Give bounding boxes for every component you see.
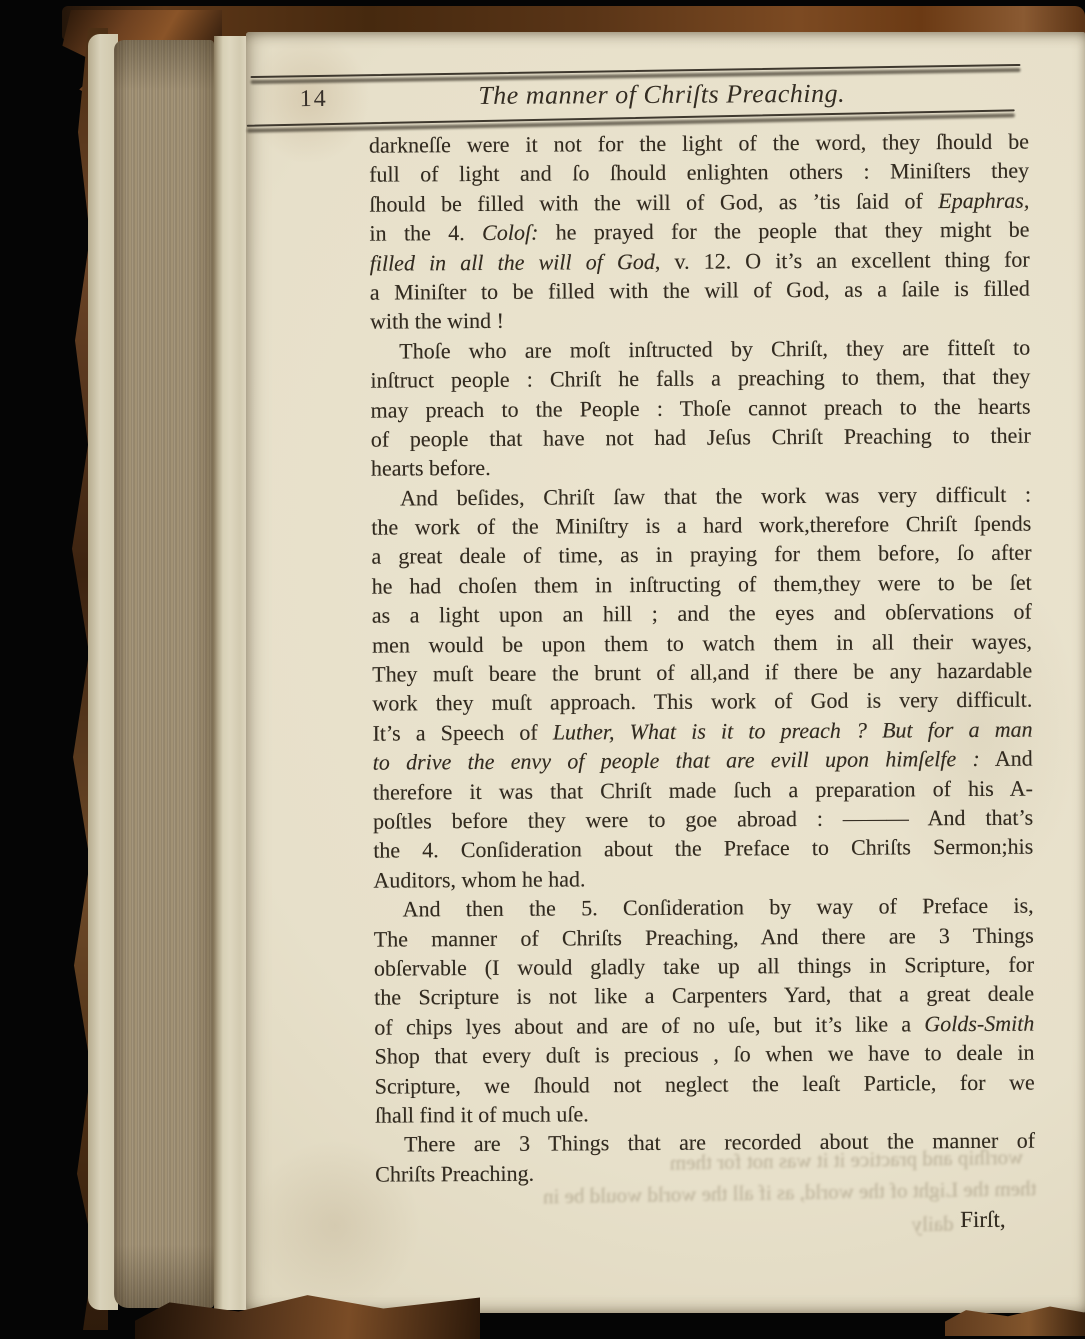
body-line: Scripture, we ſhould not neglect the lea… bbox=[375, 1067, 1035, 1100]
body-text: And bbox=[980, 746, 1033, 771]
body-line: a Miniſter to be filled with the will of… bbox=[370, 274, 1030, 307]
body-line: The manner of Chriſts Preaching, And the… bbox=[374, 920, 1034, 953]
body-text: he prayed for the people that they might… bbox=[538, 217, 1029, 245]
body-text-italic: Epaphras, bbox=[938, 187, 1029, 213]
body-line: Thoſe who are moſt inſtructed by Chriſt,… bbox=[370, 332, 1030, 365]
body-line: he had choſen them in inſtructing of the… bbox=[372, 567, 1032, 600]
body-text: the work of the Miniſtry is a hard work,… bbox=[371, 511, 1031, 540]
body-line: the Scripture is not like a Carpenters Y… bbox=[374, 979, 1034, 1012]
body-text: the Scripture is not like a Carpenters Y… bbox=[374, 981, 1034, 1010]
body-text: men would be upon them to watch them in … bbox=[372, 628, 1032, 657]
body-text: full of light and ſo ſhould enlighten ot… bbox=[369, 158, 1029, 187]
body-line: of people that have not had Jeſus Chriſt… bbox=[371, 421, 1031, 454]
body-text: in the 4. bbox=[369, 220, 482, 246]
body-text: he had choſen them in inſtructing of the… bbox=[372, 569, 1032, 598]
body-text: as a light upon an hill ; and the eyes a… bbox=[372, 599, 1032, 628]
body-line: men would be upon them to watch them in … bbox=[372, 626, 1032, 659]
body-line: may preach to the People : Thoſe cannot … bbox=[370, 391, 1030, 424]
body-line: Chriſts Preaching. bbox=[375, 1155, 1035, 1188]
body-text: Scripture, we ſhould not neglect the lea… bbox=[375, 1069, 1035, 1098]
body-text-italic: filled in all the will of God bbox=[370, 248, 655, 275]
body-text: inſtruct people : Chriſt he falls a prea… bbox=[370, 364, 1030, 393]
printed-content: 14 The manner of Chriſts Preaching. worſ… bbox=[0, 0, 1085, 1339]
running-title: The manner of Chriſts Preaching. bbox=[427, 78, 897, 111]
body-text: darkneſſe were it not for the light of t… bbox=[369, 129, 1029, 158]
body-line: filled in all the will of God, v. 12. O … bbox=[370, 244, 1030, 277]
body-line: with the wind ! bbox=[370, 303, 1030, 336]
body-text-italic: to drive the envy of people that are evi… bbox=[373, 746, 980, 775]
body-line: inſtruct people : Chriſt he falls a prea… bbox=[370, 362, 1030, 395]
body-text: Auditors, whom he had. bbox=[373, 866, 585, 892]
body-text: , v. 12. O it’s an excellent thing for bbox=[655, 246, 1030, 273]
text-block: darkneſſe were it not for the light of t… bbox=[369, 127, 1035, 1189]
body-text: hearts before. bbox=[371, 455, 491, 481]
body-text: They muſt beare the brunt of all,and if … bbox=[372, 658, 1032, 687]
catchword: Firſt, bbox=[375, 1207, 1005, 1237]
body-line: the 4. Conſideration about the Preface t… bbox=[373, 832, 1033, 865]
body-text: Shop that every duſt is precious , ſo wh… bbox=[374, 1040, 1034, 1069]
body-line: Auditors, whom he had. bbox=[373, 861, 1033, 894]
body-line: to drive the envy of people that are evi… bbox=[373, 744, 1033, 777]
body-line: ſhall find it of much uſe. bbox=[375, 1096, 1035, 1129]
photo-background: 14 The manner of Chriſts Preaching. worſ… bbox=[0, 0, 1085, 1339]
body-line: therefore it was that Chriſt made ſuch a… bbox=[373, 773, 1033, 806]
body-text: a Miniſter to be filled with the will of… bbox=[370, 276, 1030, 305]
body-line: full of light and ſo ſhould enlighten ot… bbox=[369, 156, 1029, 189]
body-line: Shop that every duſt is precious , ſo wh… bbox=[374, 1038, 1034, 1071]
body-line: It’s a Speech of Luther, What is it to p… bbox=[372, 714, 1032, 747]
body-line: darkneſſe were it not for the light of t… bbox=[369, 127, 1029, 160]
body-text: Chriſts Preaching. bbox=[375, 1160, 534, 1186]
page-number: 14 bbox=[300, 86, 328, 113]
body-line: And then the 5. Conſideration by way of … bbox=[374, 891, 1034, 924]
body-text: work they muſt approach. This work of Go… bbox=[372, 687, 1032, 716]
body-text: And then the 5. Conſideration by way of … bbox=[403, 893, 1034, 922]
body-text: ſhall find it of much uſe. bbox=[375, 1101, 589, 1127]
body-text: poſtles before they were to goe abroad :… bbox=[373, 805, 1033, 834]
body-text: of people that have not had Jeſus Chriſt… bbox=[371, 423, 1031, 452]
body-line: of chips lyes about and are of no uſe, b… bbox=[374, 1008, 1034, 1041]
body-text: Thoſe who are moſt inſtructed by Chriſt,… bbox=[399, 334, 1030, 363]
body-text: obſervable (I would gladly take up all t… bbox=[374, 952, 1034, 981]
body-text: the 4. Conſideration about the Preface t… bbox=[373, 834, 1033, 863]
body-text: The manner of Chriſts Preaching, And the… bbox=[374, 922, 1034, 951]
body-line: hearts before. bbox=[371, 450, 1031, 483]
body-line: There are 3 Things that are recorded abo… bbox=[375, 1126, 1035, 1159]
body-text: There are 3 Things that are recorded abo… bbox=[404, 1128, 1035, 1157]
body-line: as a light upon an hill ; and the eyes a… bbox=[372, 597, 1032, 630]
body-line: a great deale of time, as in praying for… bbox=[371, 538, 1031, 571]
body-line: in the 4. Coloſ: he prayed for the peopl… bbox=[369, 215, 1029, 248]
body-line: And beſides, Chriſt ſaw that the work wa… bbox=[371, 479, 1031, 512]
body-text: ſhould be filled with the will of God, a… bbox=[369, 188, 938, 216]
body-line: They muſt beare the brunt of all,and if … bbox=[372, 656, 1032, 689]
body-line: work they muſt approach. This work of Go… bbox=[372, 685, 1032, 718]
body-text: a great deale of time, as in praying for… bbox=[371, 540, 1031, 569]
body-text: It’s a Speech of bbox=[372, 719, 552, 745]
body-text: may preach to the People : Thoſe cannot … bbox=[371, 393, 1031, 422]
body-text-italic: Coloſ: bbox=[482, 220, 538, 245]
body-text-italic: Luther, What is it to preach ? But for a… bbox=[553, 716, 1033, 744]
body-text: therefore it was that Chriſt made ſuch a… bbox=[373, 775, 1033, 804]
body-line: poſtles before they were to goe abroad :… bbox=[373, 803, 1033, 836]
body-line: the work of the Miniſtry is a hard work,… bbox=[371, 509, 1031, 542]
body-line: obſervable (I would gladly take up all t… bbox=[374, 950, 1034, 983]
body-line: ſhould be filled with the will of God, a… bbox=[369, 185, 1029, 218]
body-text-italic: Golds-Smith bbox=[924, 1010, 1034, 1036]
body-text: And beſides, Chriſt ſaw that the work wa… bbox=[400, 481, 1031, 510]
body-text: with the wind ! bbox=[370, 308, 504, 334]
body-text: of chips lyes about and are of no uſe, b… bbox=[374, 1011, 924, 1039]
